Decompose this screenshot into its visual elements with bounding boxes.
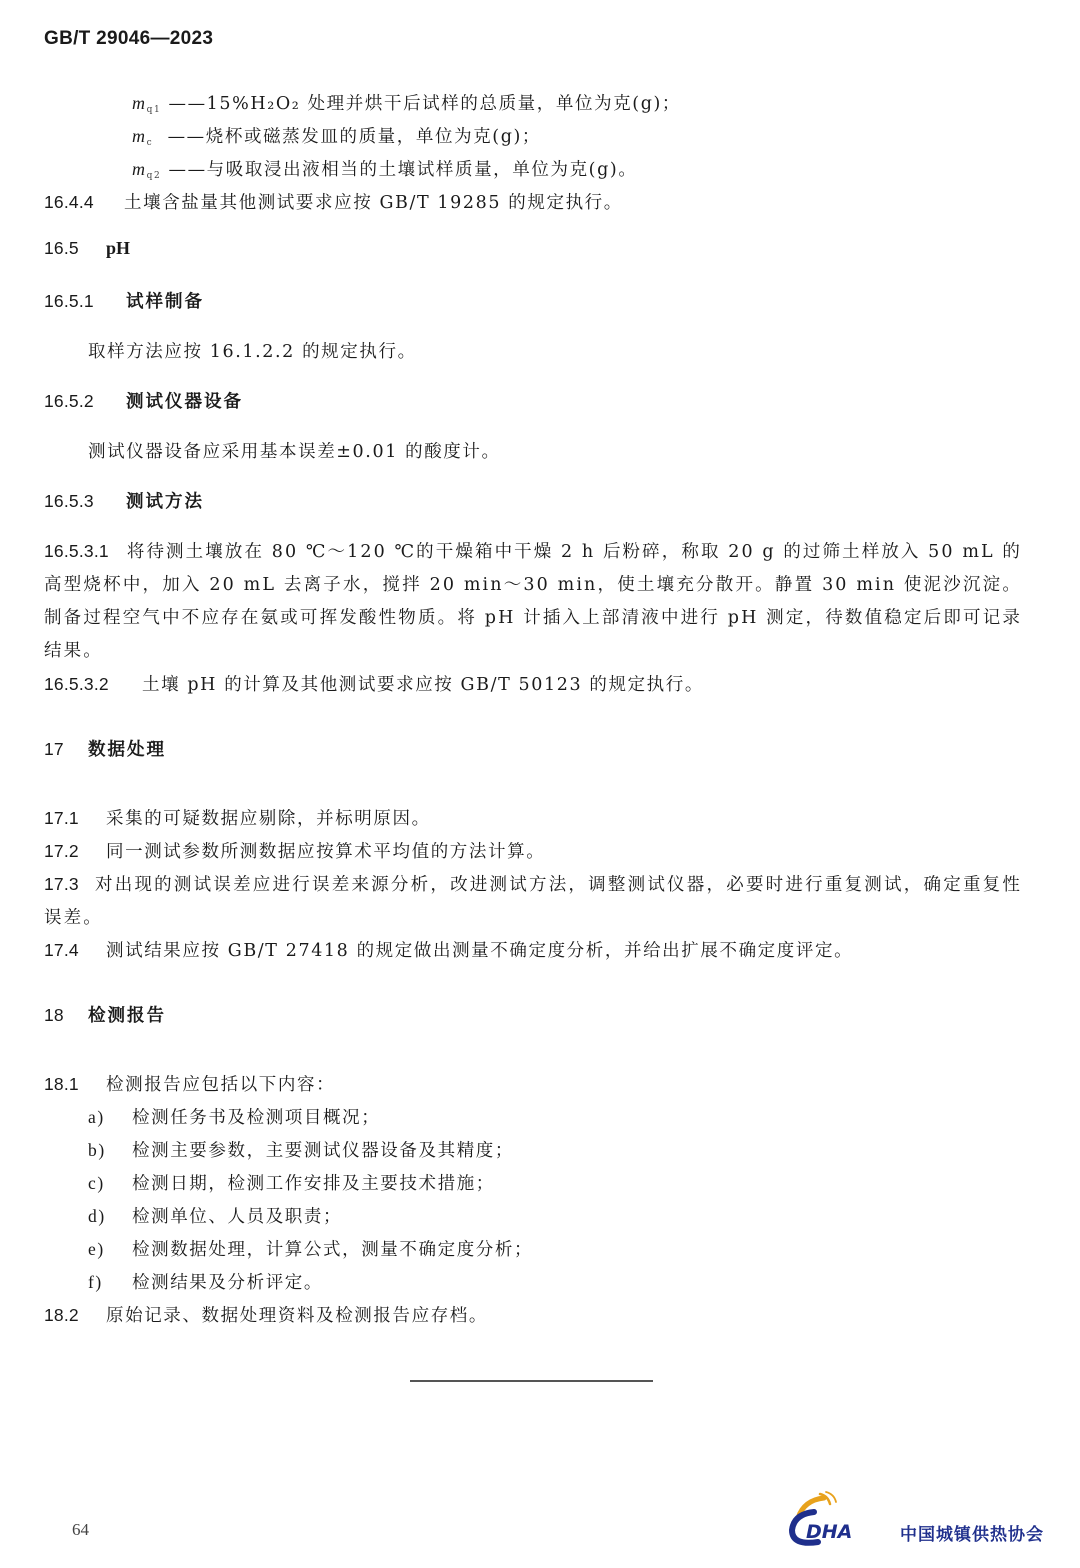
list-item-d: d)检测单位、人员及职责； <box>88 1200 342 1234</box>
clause-17-2: 17.2 同一测试参数所测数据应按算术平均值的方法计算。 <box>44 835 545 869</box>
clause-16-5-1-text: 取样方法应按 16.1.2.2 的规定执行。 <box>88 336 417 369</box>
end-of-document-rule <box>410 1380 653 1382</box>
clause-16-5-3-1: 16.5.3.1将待测土壤放在 80 ℃～120 ℃的干燥箱中干燥 2 h 后粉… <box>44 535 1022 668</box>
clause-18-1: 18.1 检测报告应包括以下内容： <box>44 1068 335 1102</box>
clause-18-2: 18.2 原始记录、数据处理资料及检测报告应存档。 <box>44 1299 488 1333</box>
cdha-logo: DHA 中国城镇供热协会 <box>784 1490 1074 1550</box>
clause-16-5-3-2: 16.5.3.2 土壤 pH 的计算及其他测试要求应按 GB/T 50123 的… <box>44 668 704 702</box>
heading-16-5: 16.5 pH <box>44 238 130 259</box>
heading-18: 18 检测报告 <box>44 1002 166 1027</box>
list-item-f: f)检测结果及分析评定。 <box>88 1266 323 1300</box>
clause-17-1: 17.1 采集的可疑数据应剔除，并标明原因。 <box>44 802 431 836</box>
clause-17-3: 17.3对出现的测试误差应进行误差来源分析，改进测试方法，调整测试仪器，必要时进… <box>44 868 1022 935</box>
cdha-emblem-icon: DHA <box>784 1490 896 1550</box>
heading-16-5-1: 16.5.1 试样制备 <box>44 288 204 313</box>
page-number: 64 <box>72 1520 89 1540</box>
heading-16-5-3: 16.5.3 测试方法 <box>44 488 204 513</box>
heading-16-5-2: 16.5.2 测试仪器设备 <box>44 388 243 413</box>
standard-code-header: GB/T 29046—2023 <box>44 28 213 50</box>
clause-16-5-2-text: 测试仪器设备应采用基本误差±0.01 的酸度计。 <box>88 436 501 469</box>
list-item-a: a)检测任务书及检测项目概况； <box>88 1101 380 1135</box>
list-item-e: e)检测数据处理，计算公式，测量不确定度分析； <box>88 1233 533 1267</box>
clause-17-4: 17.4 测试结果应按 GB/T 27418 的规定做出测量不确定度分析，并给出… <box>44 934 853 968</box>
list-item-b: b)检测主要参数，主要测试仪器设备及其精度； <box>88 1134 514 1168</box>
association-name: 中国城镇供热协会 <box>900 1520 1044 1545</box>
list-item-c: c)检测日期，检测工作安排及主要技术措施； <box>88 1167 495 1201</box>
heading-17: 17 数据处理 <box>44 736 166 761</box>
svg-text:DHA: DHA <box>806 1521 852 1543</box>
clause-16-4-4: 16.4.4 土壤含盐量其他测试要求应按 GB/T 19285 的规定执行。 <box>44 186 623 220</box>
